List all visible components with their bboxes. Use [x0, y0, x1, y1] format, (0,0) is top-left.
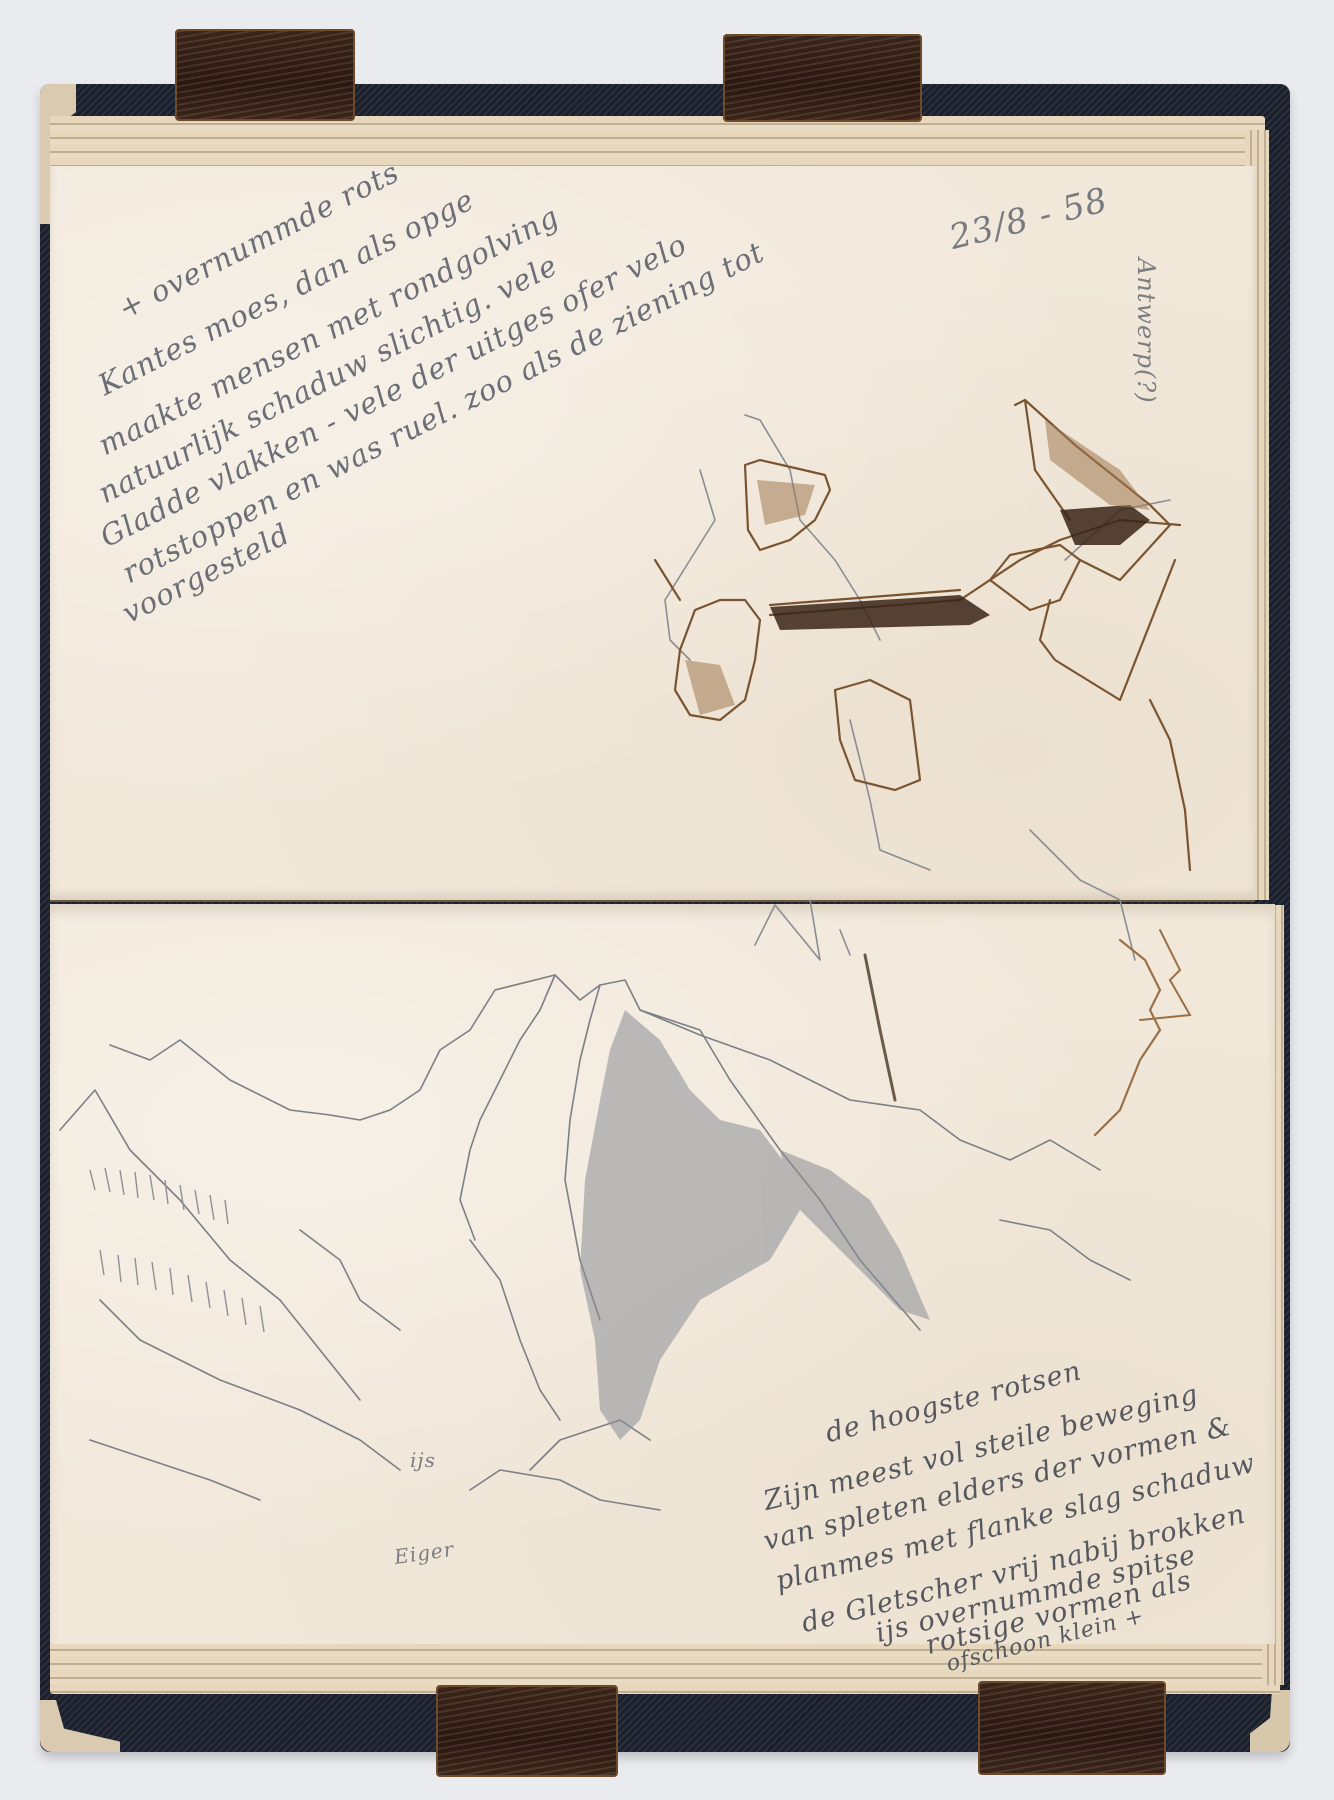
- rock-and-beam-sketch: [655, 400, 1190, 960]
- sketch-label-ijs: ijs: [410, 1448, 436, 1472]
- vertical-note: Antwerp(?): [1132, 258, 1160, 404]
- branch-sketch: [840, 930, 1190, 1135]
- hillside-hatching: [90, 1168, 264, 1332]
- mountain-shading: [580, 1010, 930, 1440]
